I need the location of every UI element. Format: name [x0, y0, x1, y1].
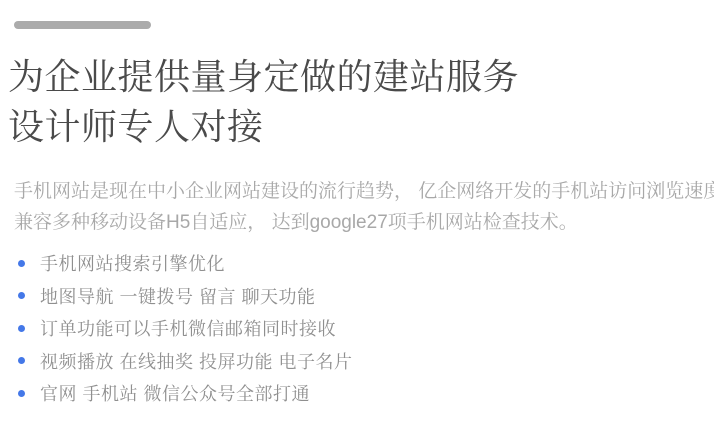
feature-item: 订单功能可以手机微信邮箱同时接收 [14, 312, 353, 345]
feature-item-label: 地图导航 一键拨号 留言 聊天功能 [40, 283, 316, 309]
mobile-site-service-section: 为企业提供量身定做的建站服务 设计师专人对接 手机网站是现在中小企业网站建设的流… [0, 0, 714, 423]
feature-item-label: 手机网站搜索引擎优化 [40, 250, 225, 276]
bullet-dot-icon [18, 260, 25, 267]
intro-paragraph: 手机网站是现在中小企业网站建设的流行趋势， 亿企网络开发的手机站访问浏览速度快，… [14, 176, 714, 238]
feature-item-label: 订单功能可以手机微信邮箱同时接收 [40, 315, 336, 341]
feature-item: 视频播放 在线抽奖 投屏功能 电子名片 [14, 345, 353, 378]
bullet-dot-icon [18, 292, 25, 299]
top-divider-bar [14, 21, 151, 29]
section-title-line1: 为企业提供量身定做的建站服务 [8, 52, 519, 102]
feature-item: 地图导航 一键拨号 留言 聊天功能 [14, 280, 353, 313]
feature-item-label: 视频播放 在线抽奖 投屏功能 电子名片 [40, 348, 353, 374]
section-title-line2: 设计师专人对接 [8, 102, 519, 152]
feature-item: 官网 手机站 微信公众号全部打通 [14, 377, 353, 410]
bullet-dot-icon [18, 390, 25, 397]
section-title: 为企业提供量身定做的建站服务 设计师专人对接 [8, 52, 519, 152]
feature-item-label: 官网 手机站 微信公众号全部打通 [40, 380, 310, 406]
bullet-dot-icon [18, 325, 25, 332]
bullet-dot-icon [18, 357, 25, 364]
intro-line1: 手机网站是现在中小企业网站建设的流行趋势， 亿企网络开发的手机站访问浏览速度快， [14, 176, 714, 207]
feature-list: 手机网站搜索引擎优化 地图导航 一键拨号 留言 聊天功能 订单功能可以手机微信邮… [14, 247, 353, 410]
feature-item: 手机网站搜索引擎优化 [14, 247, 353, 280]
intro-line2: 兼容多种移动设备H5自适应， 达到google27项手机网站检查技术。 [14, 207, 714, 238]
